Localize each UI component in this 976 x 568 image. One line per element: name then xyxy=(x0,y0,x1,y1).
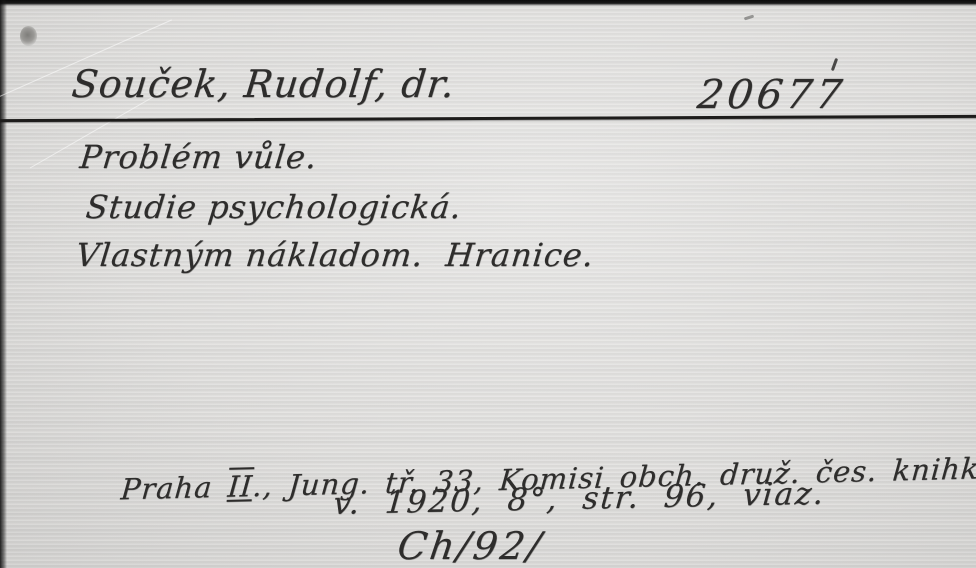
title-line: Problém vůle. xyxy=(78,138,319,176)
imprint-line-publisher: Praha II., Jung. tř. 33, Komisi obch. dr… xyxy=(56,415,976,542)
punch-hole-blemish xyxy=(20,26,37,46)
scan-edge-top xyxy=(0,0,976,6)
ink-speck xyxy=(744,15,754,21)
shelfmark: Ch/92/ xyxy=(395,524,547,568)
catalog-number: 20677 xyxy=(695,72,849,118)
header-rule xyxy=(0,115,976,122)
author-heading: Souček, Rudolf, dr. xyxy=(70,62,458,106)
scan-edge-left xyxy=(0,0,7,568)
imprint-district-numeral: II xyxy=(226,469,254,504)
title-line: Vlastným nákladom. Hranice. xyxy=(74,236,596,274)
imprint-place: Praha xyxy=(120,470,230,507)
ink-speck xyxy=(831,58,838,71)
title-line: Studie psychologická. xyxy=(84,188,464,226)
catalog-card: Souček, Rudolf, dr. 20677 Problém vůle. … xyxy=(0,0,976,568)
